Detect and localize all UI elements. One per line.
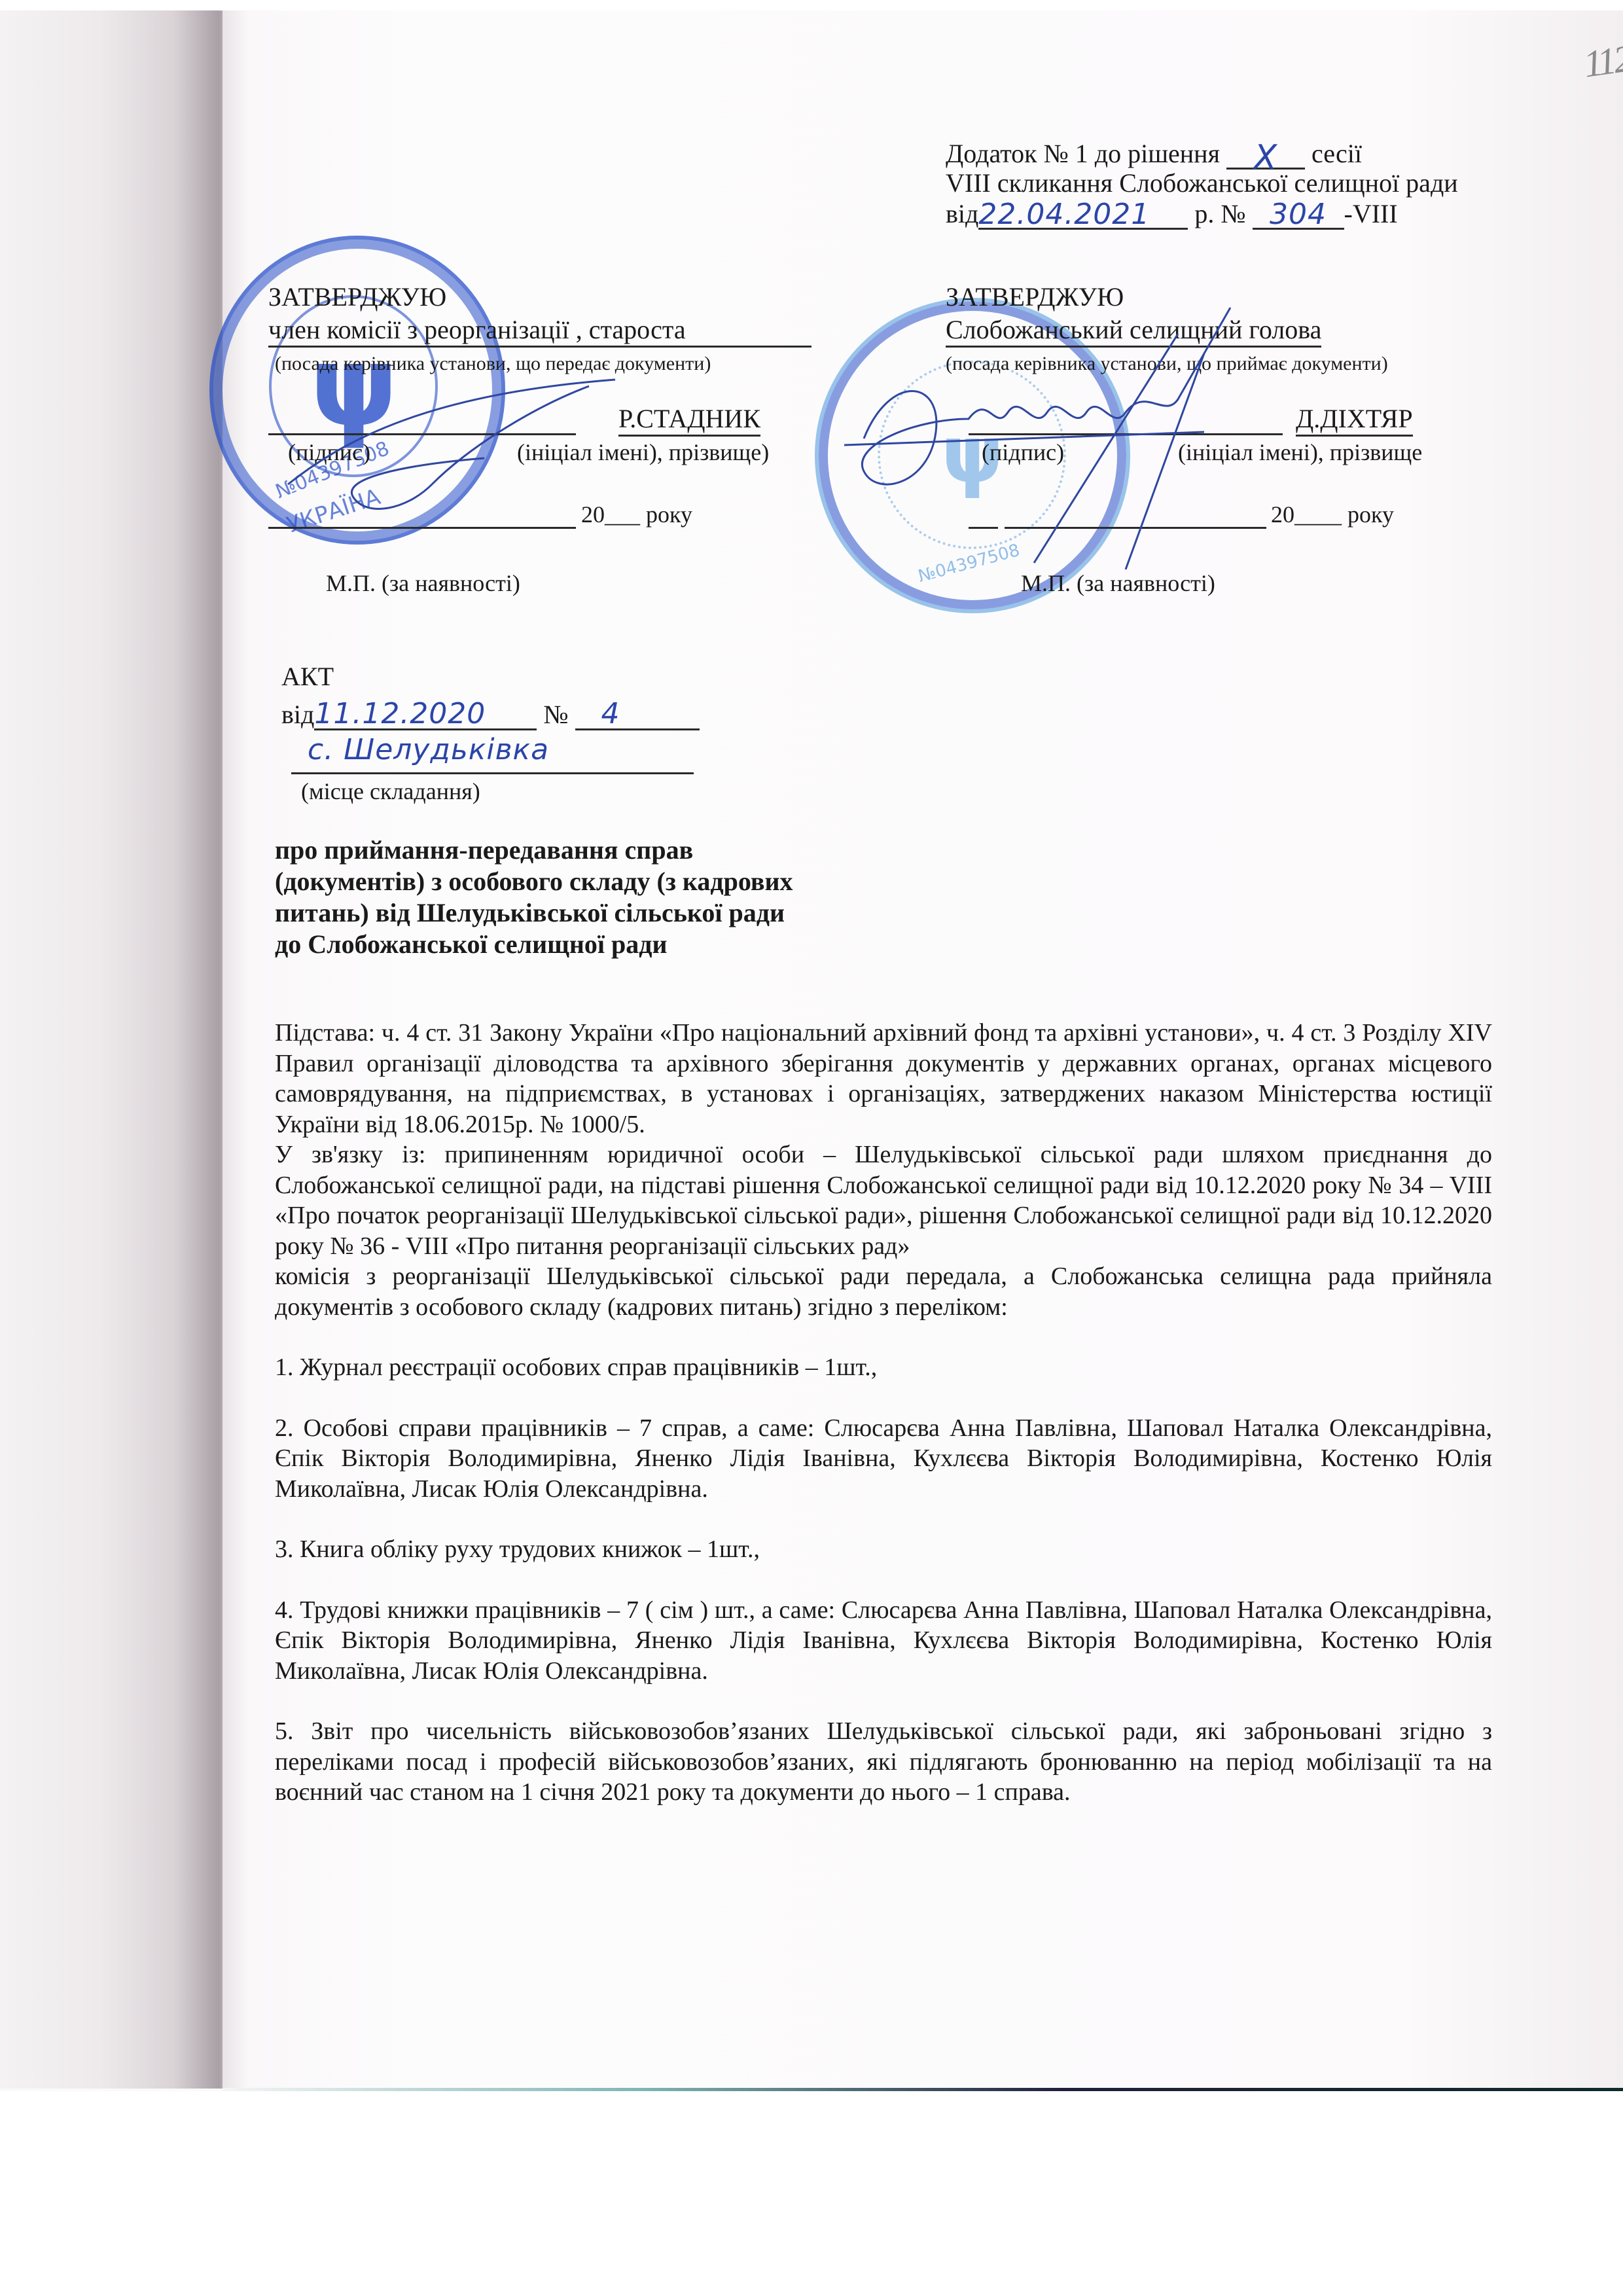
act-subject: про приймання-передавання справ (докумен…: [275, 834, 793, 960]
seal-caption-left: М.П. (за наявності): [326, 569, 520, 598]
subject-line: про приймання-передавання справ: [275, 834, 793, 866]
list-item-military-report: 5. Звіт про чисельність військовозобов’я…: [275, 1716, 1492, 1808]
act-place-handwritten: с. Шелудьківка: [291, 733, 549, 766]
statement-paragraph: комісія з реорганізації Шелудьківської с…: [275, 1261, 1492, 1322]
annex-line3-prefix: від: [946, 199, 978, 228]
annex-date-field: 22.04.2021: [978, 198, 1188, 230]
subject-line: (документів) з особового складу (з кадро…: [275, 866, 793, 897]
annex-line3-suffix: -VIII: [1344, 199, 1398, 228]
annex-line1-prefix: Додаток № 1 до рішення: [946, 139, 1220, 168]
approve-heading-left: ЗАТВЕРДЖУЮ: [268, 281, 446, 313]
annex-line3-mid: р. №: [1194, 199, 1245, 228]
signature-right: [838, 288, 1270, 655]
act-title: АКТ: [281, 661, 334, 692]
subject-line: питань) від Шелудьківської сільської рад…: [275, 897, 793, 929]
act-date-prefix: від: [281, 700, 314, 729]
list-item-journal: 1. Журнал реєстрації особових справ прац…: [275, 1352, 1492, 1383]
session-field: X: [1226, 137, 1305, 170]
list-item-personal-files: 2. Особові справи працівників – 7 справ,…: [275, 1413, 1492, 1505]
signature-left: [275, 353, 641, 524]
scan-bottom-margin: [0, 2091, 1623, 2296]
date-line-left: [268, 527, 576, 529]
annex-date-handwritten: 22.04.2021: [978, 198, 1150, 231]
handwritten-page-number: 112: [1581, 36, 1623, 86]
reason-paragraph: У зв'язку із: припиненням юридичної особ…: [275, 1139, 1492, 1261]
annex-header: Додаток № 1 до рішення X сесії VIII скли…: [946, 137, 1458, 228]
act-date-field: 11.12.2020: [314, 697, 537, 730]
act-date-handwritten: 11.12.2020: [314, 697, 486, 730]
annex-line2: VIII скликання Слобожанської селищної ра…: [946, 168, 1458, 198]
act-number-label: №: [543, 700, 568, 729]
basis-paragraph: Підстава: ч. 4 ст. 31 Закону України «Пр…: [275, 1018, 1492, 1139]
scan-top-margin: [0, 0, 1623, 10]
list-item-workbook-ledger: 3. Книга обліку руху трудових книжок – 1…: [275, 1534, 1492, 1565]
list-item-workbooks: 4. Трудові книжки працівників – 7 ( сім …: [275, 1595, 1492, 1687]
annex-number-handwritten: 304: [1270, 198, 1327, 231]
annex-line1-suffix: сесії: [1311, 139, 1362, 168]
binding-shadow: [0, 10, 249, 2089]
annex-number-field: 304: [1253, 198, 1344, 230]
act-body: Підстава: ч. 4 ст. 31 Закону України «Пр…: [275, 1018, 1492, 1808]
act-place-caption: (місце складання): [301, 778, 480, 806]
act-number-field: 4: [575, 697, 700, 730]
subject-line: до Слобожанської селищної ради: [275, 929, 793, 960]
year-text-right: 20____ року: [1271, 501, 1394, 529]
act-number-handwritten: 4: [575, 697, 620, 730]
act-place-field: с. Шелудьківка: [291, 733, 694, 774]
approver-name-right: Д.ДІХТЯР: [1296, 403, 1413, 437]
approve-position-left: член комісії з реорганізації , староста: [268, 314, 811, 348]
